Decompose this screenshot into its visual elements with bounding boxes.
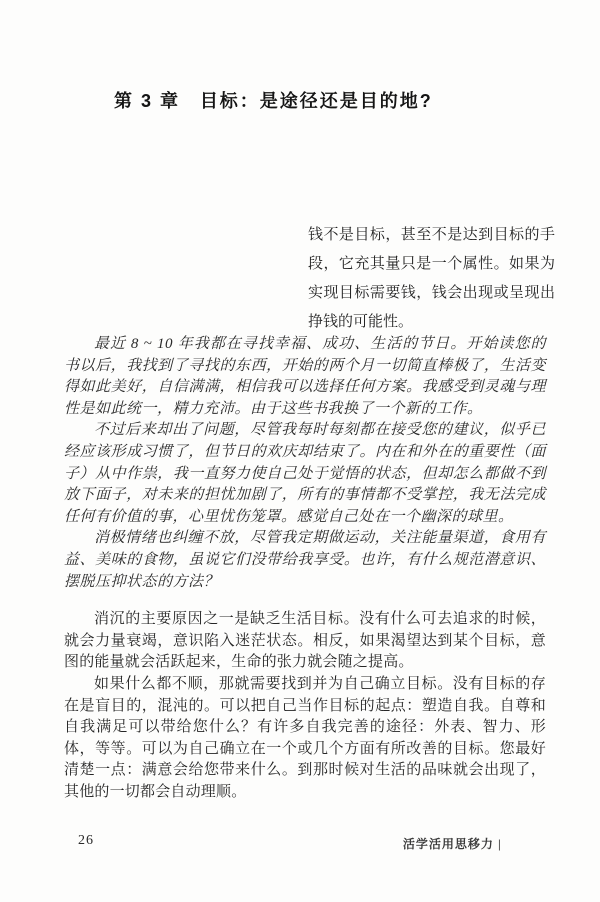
- chapter-title-text: 目标：是途径还是目的地?: [200, 91, 433, 111]
- author-reply: 消沉的主要原因之一是缺乏生活目标。没有什么可去追求的时候，就会力量衰竭，意识陷入…: [64, 609, 546, 803]
- letter-paragraph-2: 不过后来却出了问题，尽管我每时每刻都在接受您的建议，似乎已经应该形成习惯了，但节…: [64, 420, 546, 528]
- reply-paragraph-1: 消沉的主要原因之一是缺乏生活目标。没有什么可去追求的时候，就会力量衰竭，意识陷入…: [64, 609, 546, 674]
- book-page: 第 3 章目标：是途径还是目的地? 钱不是目标，甚至不是达到目标的手段，它充其量…: [0, 0, 600, 902]
- running-title-text: 活学活用思移力: [403, 837, 494, 851]
- footer-divider-bar: |: [498, 837, 502, 851]
- letter-paragraph-3: 消极情绪也纠缠不放，尽管我定期做运动，关注能量渠道，食用有益、美味的食物，虽说它…: [64, 528, 546, 593]
- chapter-title: 第 3 章目标：是途径还是目的地?: [114, 87, 433, 113]
- page-footer: 26 活学活用思移力|: [64, 833, 546, 853]
- body-text: 最近 8 ~ 10 年我都在寻找幸福、成功、生活的节日。开始读您的书以后，我找到…: [64, 334, 546, 803]
- reply-paragraph-2: 如果什么都不顺，那就需要找到并为自己确立目标。没有目标的存在是盲目的，混沌的。可…: [64, 674, 546, 804]
- letter-paragraph-1: 最近 8 ~ 10 年我都在寻找幸福、成功、生活的节日。开始读您的书以后，我找到…: [64, 334, 546, 420]
- epigraph-quote: 钱不是目标，甚至不是达到目标的手段，它充其量只是一个属性。如果为实现目标需要钱，…: [308, 221, 555, 337]
- running-title: 活学活用思移力|: [403, 835, 502, 852]
- reader-letter: 最近 8 ~ 10 年我都在寻找幸福、成功、生活的节日。开始读您的书以后，我找到…: [64, 334, 546, 593]
- chapter-number: 第 3 章: [114, 91, 180, 111]
- page-number: 26: [78, 833, 94, 849]
